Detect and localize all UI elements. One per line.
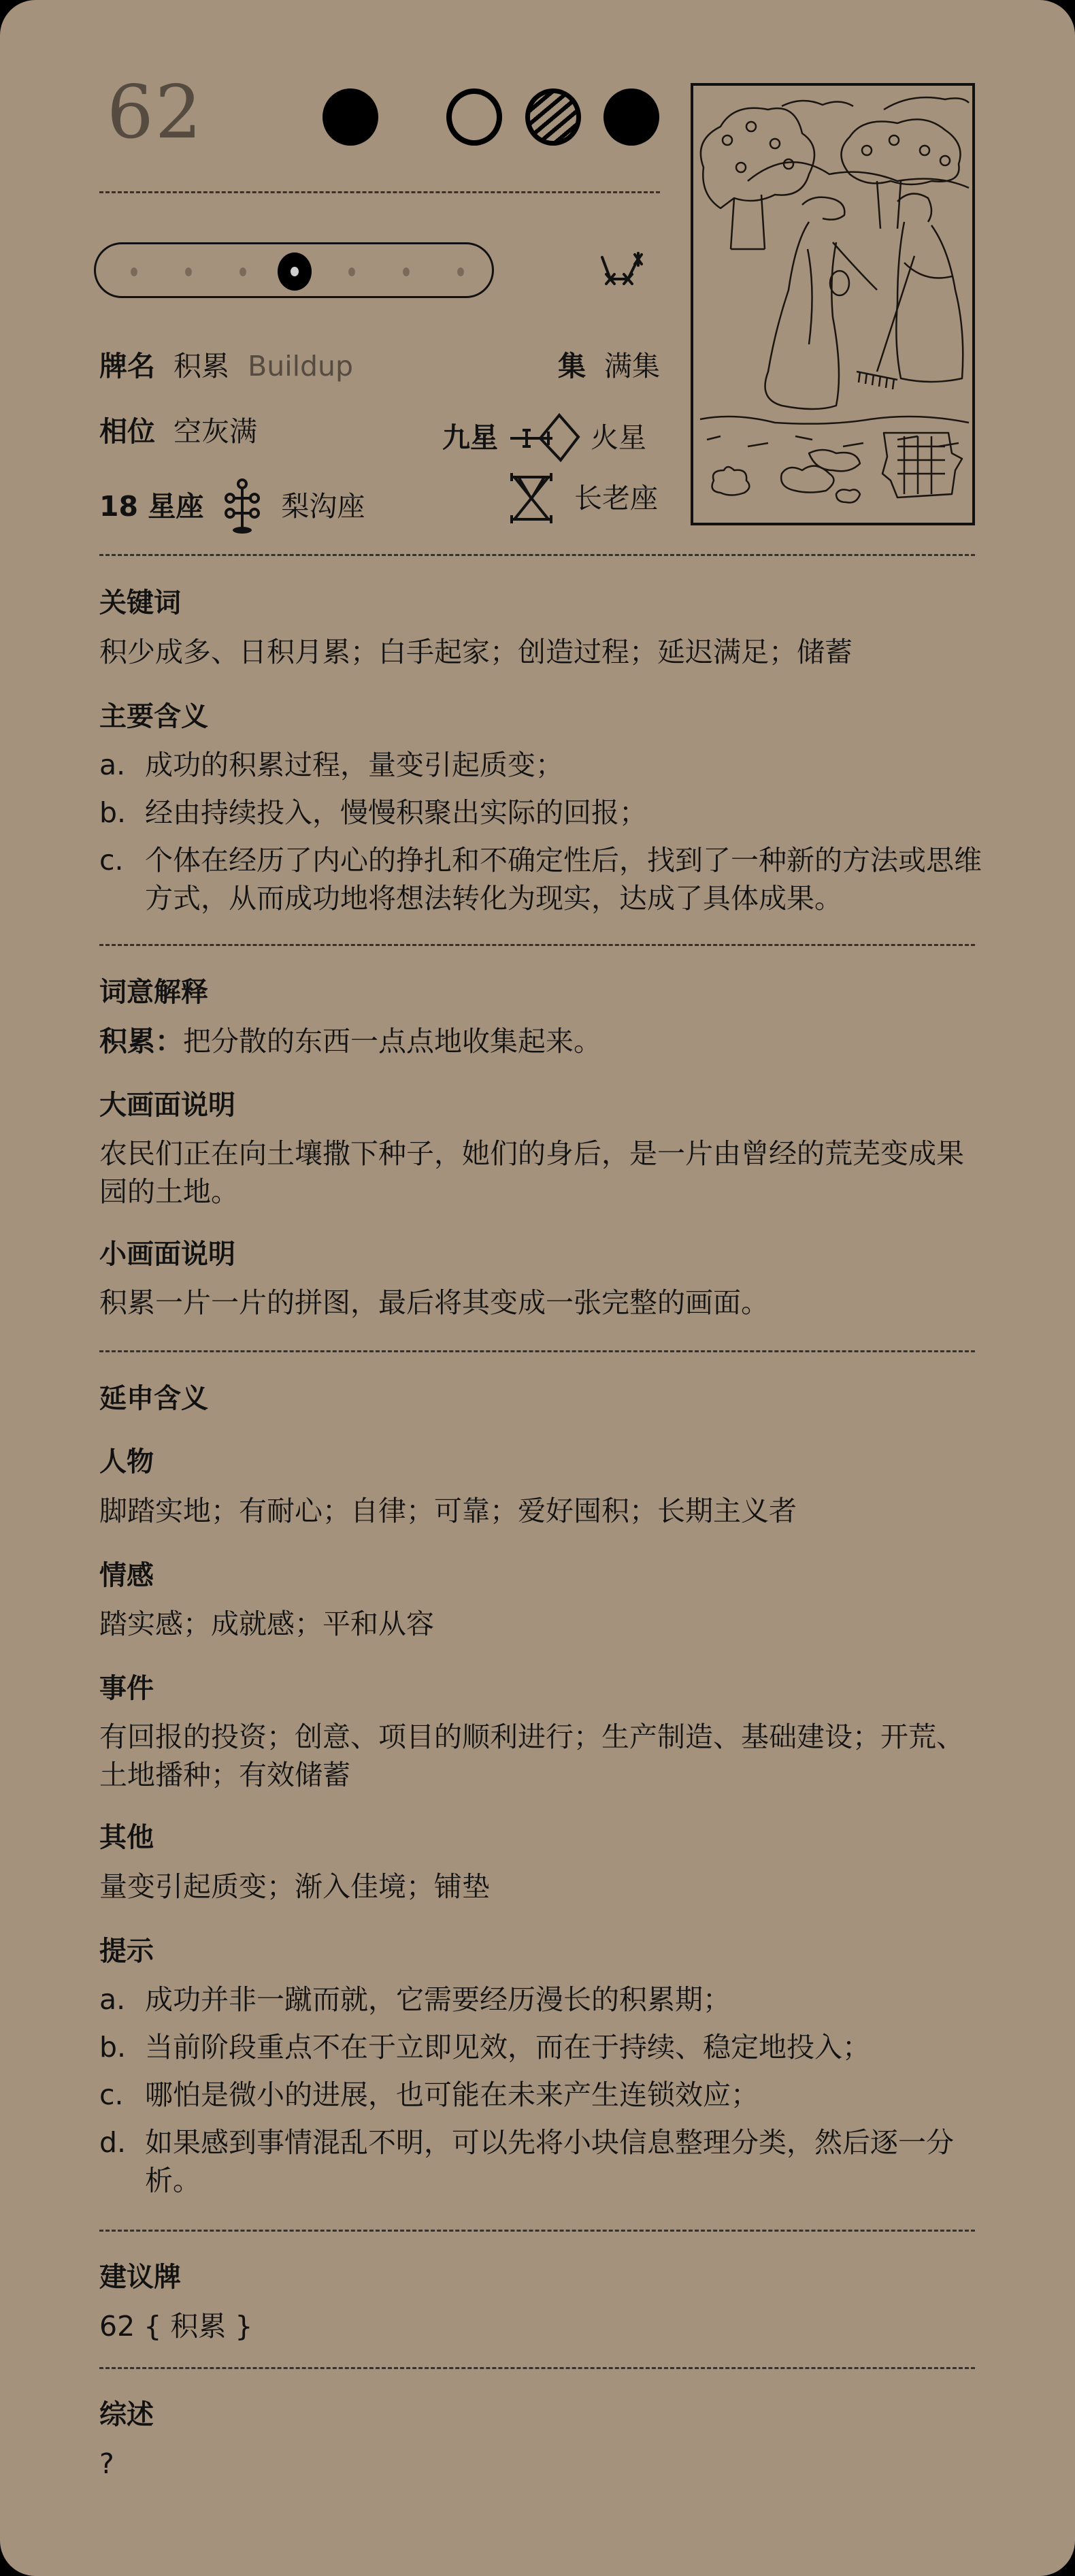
summary-title: 综述	[99, 2396, 154, 2434]
card-illustration	[691, 83, 975, 525]
list-item: d.如果感到事情混乱不明，可以先将小块信息整理分类，然后逐一分析。	[99, 2123, 984, 2200]
suggested-text[interactable]: 62 { 积累 }	[99, 2307, 984, 2345]
constellation-right: 长老座	[509, 473, 658, 523]
slider-dot[interactable]	[403, 267, 410, 276]
summary-text: ?	[99, 2445, 984, 2483]
nine-star-label: 九星	[442, 419, 498, 457]
constellation-value-right: 长老座	[574, 479, 658, 517]
slider-dot[interactable]	[131, 267, 137, 276]
mars-glyph-icon	[508, 412, 584, 463]
moon-hatched-icon	[525, 88, 581, 146]
divider	[99, 191, 660, 193]
list-item: a.成功的积累过程，量变引起质变；	[99, 746, 984, 784]
slider-dot[interactable]	[457, 267, 464, 276]
suggested-title: 建议牌	[99, 2258, 181, 2296]
list-item: a.成功并非一蹴而就，它需要经历漫长的积累期；	[99, 1980, 984, 2019]
word-meaning-text: 积累：把分散的东西一点点地收集起来。	[99, 1022, 984, 1060]
other-text: 量变引起质变；渐入佳境；铺垫	[99, 1868, 984, 1906]
big-picture-title: 大画面说明	[99, 1086, 235, 1124]
tarot-card-detail: 62 牌名 积累 Buildup 集 满集 相位 空灰满	[0, 0, 1075, 2576]
tips-title: 提示	[99, 1932, 154, 1970]
plow-constellation-icon	[224, 478, 261, 535]
big-picture-text: 农民们正在向土壤撒下种子，她们的身后，是一片由曾经的荒芜变成果园的土地。	[99, 1135, 984, 1211]
slider-dot[interactable]	[185, 267, 192, 276]
moon-full-icon	[603, 88, 659, 146]
keywords-title: 关键词	[99, 584, 181, 622]
card-phase-label: 相位	[99, 415, 155, 448]
nine-star-row: 九星 火星	[442, 412, 646, 463]
tips-list: a.成功并非一蹴而就，它需要经历漫长的积累期； b.当前阶段重点不在于立即见效，…	[99, 1980, 984, 2209]
illustration-sowing-orchard	[693, 86, 972, 523]
constellation-row: 18 星座 梨沟座	[99, 478, 365, 535]
divider	[99, 2367, 975, 2369]
emotion-title: 情感	[99, 1556, 154, 1595]
small-picture-text: 积累一片一片的拼图，最后将其变成一张完整的画面。	[99, 1284, 984, 1322]
list-item: b.当前阶段重点不在于立即见效，而在于持续、稳定地投入；	[99, 2028, 984, 2066]
constellation-icon	[599, 252, 660, 293]
card-set-value: 满集	[604, 350, 660, 382]
elder-constellation-icon	[509, 473, 554, 523]
divider	[99, 1350, 975, 1352]
events-title: 事件	[99, 1669, 154, 1708]
constellation-value-left: 梨沟座	[281, 487, 365, 525]
phase-slider[interactable]	[94, 242, 494, 298]
extended-title: 延申含义	[99, 1380, 208, 1418]
card-number: 62	[107, 65, 203, 161]
emotion-text: 踏实感；成就感；平和从容	[99, 1605, 984, 1643]
card-name-label: 牌名	[99, 350, 155, 382]
nine-star-value: 火星	[591, 419, 646, 457]
main-meaning-title: 主要含义	[99, 698, 208, 736]
word-meaning-term: 积累：	[99, 1025, 183, 1058]
slider-dot[interactable]	[348, 267, 355, 276]
keywords-text: 积少成多、日积月累；白手起家；创造过程；延迟满足；储蓄	[99, 633, 984, 671]
slider-knob[interactable]	[278, 252, 312, 291]
card-set-row: 集 满集	[558, 347, 660, 385]
card-phase-value: 空灰满	[173, 415, 257, 448]
main-meaning-list: a.成功的积累过程，量变引起质变； b.经由持续投入，慢慢积聚出实际的回报； c…	[99, 746, 984, 927]
other-title: 其他	[99, 1819, 154, 1857]
events-text: 有回报的投资；创意、项目的顺利进行；生产制造、基础建设；开荒、土地播种；有效储蓄	[99, 1718, 984, 1794]
divider	[99, 554, 975, 556]
moon-full-icon	[322, 88, 378, 146]
word-meaning-title: 词意解释	[99, 973, 208, 1011]
card-name-row: 牌名 积累 Buildup	[99, 347, 353, 385]
divider	[99, 2230, 975, 2232]
people-text: 脚踏实地；有耐心；自律；可靠；爱好囤积；长期主义者	[99, 1492, 984, 1530]
divider	[99, 944, 975, 946]
people-title: 人物	[99, 1443, 154, 1481]
slider-dot[interactable]	[239, 267, 246, 276]
constellation-label: 18 星座	[99, 487, 203, 525]
card-phase-row: 相位 空灰满	[99, 412, 257, 451]
moon-empty-icon	[446, 88, 502, 146]
list-item: b.经由持续投入，慢慢积聚出实际的回报；	[99, 794, 984, 832]
list-item: c.个体在经历了内心的挣扎和不确定性后，找到了一种新的方法或思维方式，从而成功地…	[99, 841, 984, 917]
small-picture-title: 小画面说明	[99, 1235, 235, 1273]
card-name-en: Buildup	[248, 350, 353, 382]
card-name-cn: 积累	[173, 350, 229, 382]
list-item: c.哪怕是微小的进展，也可能在未来产生连锁效应；	[99, 2076, 984, 2114]
card-set-label: 集	[558, 350, 586, 382]
